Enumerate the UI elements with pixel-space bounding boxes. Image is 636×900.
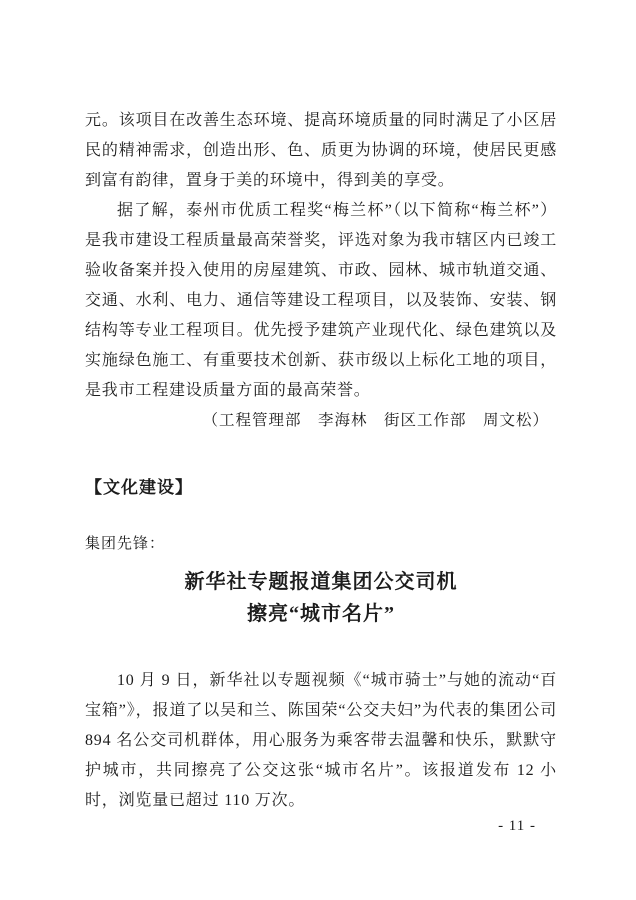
page-number: - 11 - (498, 816, 536, 836)
article-title: 新华社专题报道集团公交司机 擦亮“城市名片” (85, 566, 557, 630)
paragraph-award-description: 据了解，泰州市优质工程奖“梅兰杯”（以下简称“梅兰杯”）是我市建设工程质量最高荣… (85, 196, 557, 406)
section-header-culture: 【文化建设】 (85, 476, 557, 500)
attribution-line: （工程管理部 李海林 街区工作部 周文松） (85, 406, 557, 436)
paragraph-continuation: 元。该项目在改善生态环境、提高环境质量的同时满足了小区居民的精神需求，创造出形、… (85, 106, 557, 196)
column-label-pioneer: 集团先锋： (85, 533, 557, 555)
paragraph-news-report: 10 月 9 日，新华社以专题视频《“城市骑士”与她的流动“百宝箱”》，报道了以… (85, 666, 557, 816)
text-content: 元。该项目在改善生态环境、提高环境质量的同时满足了小区居民的精神需求，创造出形、… (85, 106, 557, 816)
article-title-line1: 新华社专题报道集团公交司机 (185, 571, 458, 593)
article-title-line2: 擦亮“城市名片” (247, 603, 395, 625)
document-page: 元。该项目在改善生态环境、提高环境质量的同时满足了小区居民的精神需求，创造出形、… (0, 0, 636, 900)
